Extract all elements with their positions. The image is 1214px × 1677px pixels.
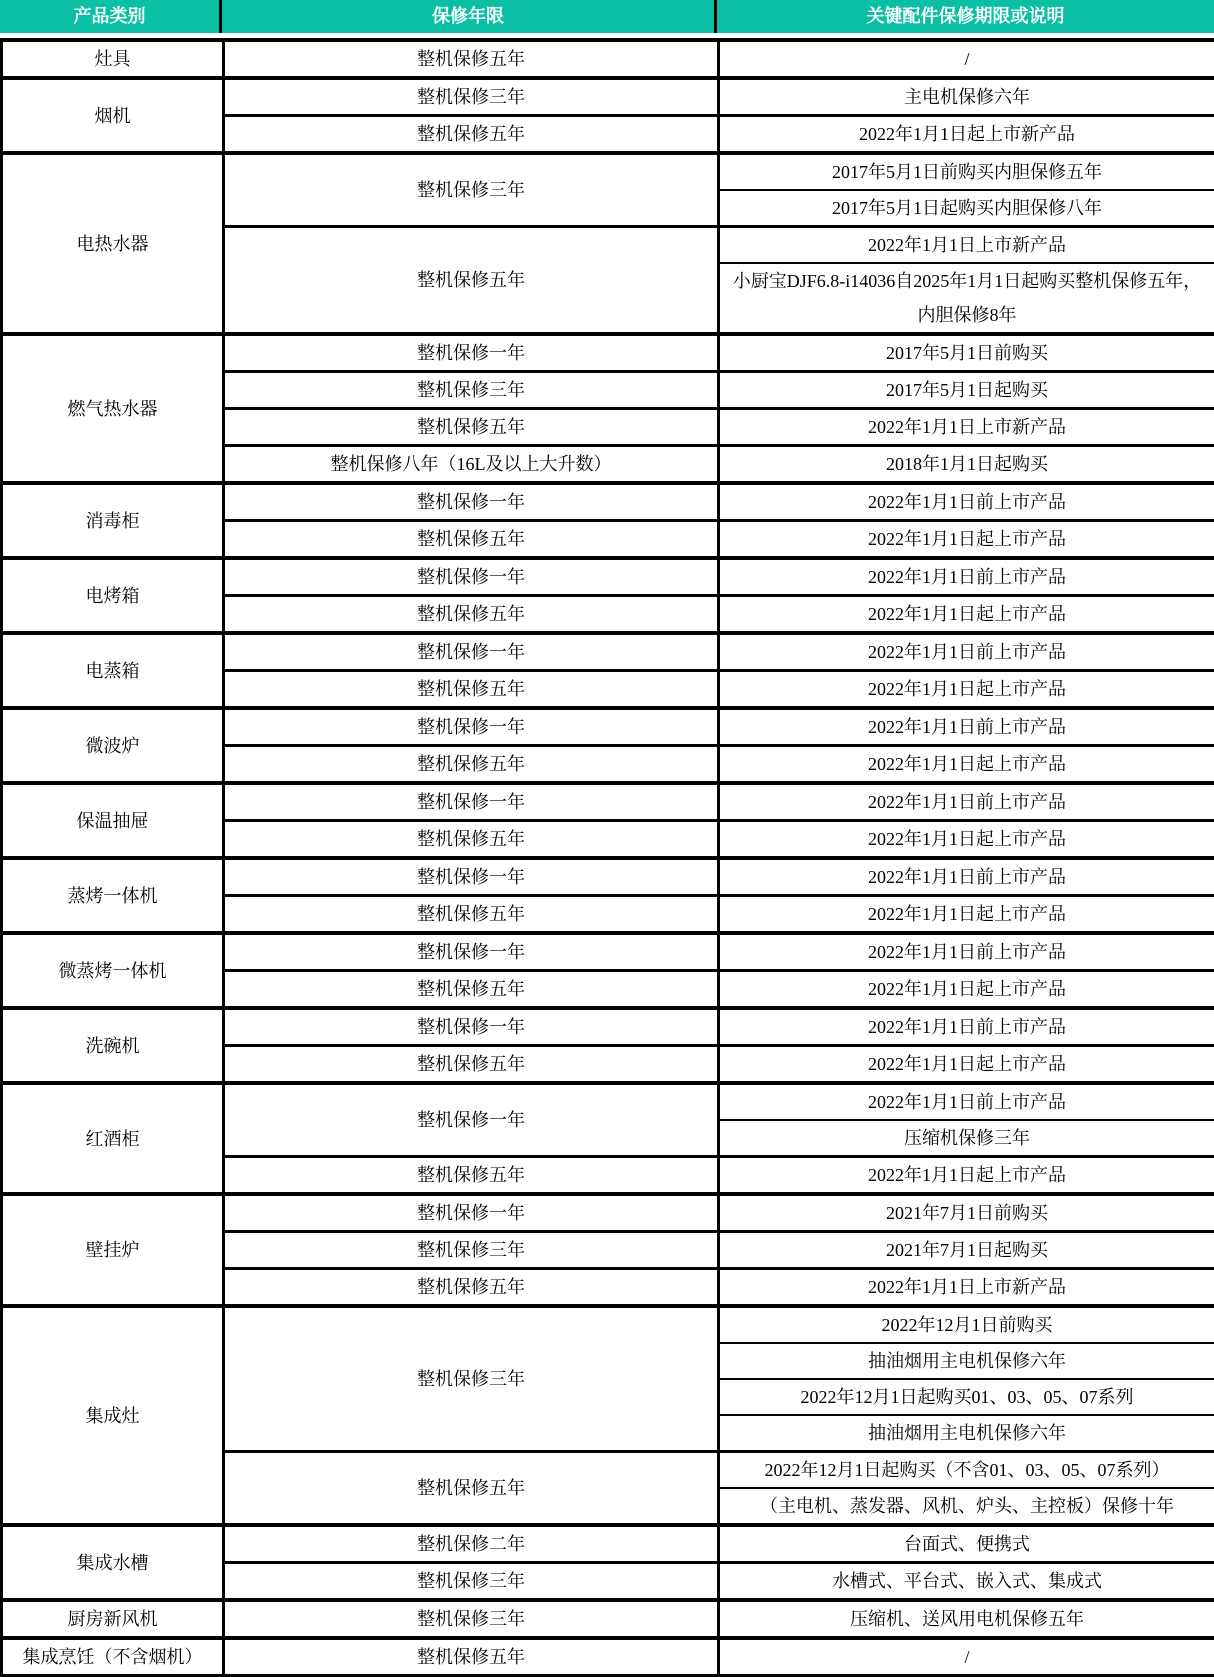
note-cell: 2022年1月1日起上市产品 <box>719 821 1214 859</box>
category-cell: 灶具 <box>2 40 224 78</box>
warranty-cell: 整机保修五年 <box>224 821 719 859</box>
category-cell: 微波炉 <box>2 708 224 783</box>
note-cell: 2022年1月1日前上市产品 <box>719 708 1214 746</box>
table-row: 电热水器整机保修三年2017年5月1日前购买内胆保修五年 <box>2 153 1214 190</box>
note-cell: 主电机保修六年 <box>719 78 1214 116</box>
warranty-cell: 整机保修五年 <box>224 40 719 78</box>
table-row: 厨房新风机整机保修三年压缩机、送风用电机保修五年 <box>2 1600 1214 1638</box>
warranty-cell: 整机保修五年 <box>224 116 719 154</box>
note-cell: 2021年7月1日前购买 <box>719 1194 1214 1232</box>
warranty-cell: 整机保修八年（16L及以上大升数） <box>224 446 719 484</box>
note-cell: 2017年5月1日前购买内胆保修五年 <box>719 153 1214 190</box>
header-cell-notes: 关键配件保修期限或说明 <box>717 0 1214 33</box>
table-row: 集成烹饪（不含烟机）整机保修五年/ <box>2 1638 1214 1676</box>
note-cell: 压缩机保修三年 <box>719 1120 1214 1157</box>
note-cell: 2022年1月1日上市新产品 <box>719 1269 1214 1307</box>
note-cell: 2022年1月1日起上市产品 <box>719 671 1214 709</box>
note-cell: 2022年1月1日前上市产品 <box>719 633 1214 671</box>
warranty-cell: 整机保修一年 <box>224 1008 719 1046</box>
warranty-cell: 整机保修五年 <box>224 671 719 709</box>
warranty-page: 产品类别 保修年限 关键配件保修期限或说明 灶具整机保修五年/烟机整机保修三年主… <box>0 0 1214 1677</box>
category-cell: 电蒸箱 <box>2 633 224 708</box>
note-cell: 2022年1月1日起上市产品 <box>719 1046 1214 1084</box>
warranty-cell: 整机保修五年 <box>224 896 719 934</box>
table-row: 烟机整机保修三年主电机保修六年 <box>2 78 1214 116</box>
warranty-table: 灶具整机保修五年/烟机整机保修三年主电机保修六年整机保修五年2022年1月1日起… <box>0 38 1214 1677</box>
warranty-cell: 整机保修一年 <box>224 1194 719 1232</box>
category-cell: 蒸烤一体机 <box>2 858 224 933</box>
note-cell: 2022年1月1日上市新产品 <box>719 227 1214 264</box>
table-row: 集成灶整机保修三年2022年12月1日前购买 <box>2 1306 1214 1343</box>
category-cell: 消毒柜 <box>2 483 224 558</box>
category-cell: 保温抽屉 <box>2 783 224 858</box>
warranty-cell: 整机保修一年 <box>224 558 719 596</box>
category-cell: 烟机 <box>2 78 224 153</box>
note-cell: 2017年5月1日起购买内胆保修八年 <box>719 190 1214 227</box>
note-cell: 2017年5月1日前购买 <box>719 334 1214 372</box>
note-cell: 2022年1月1日前上市产品 <box>719 483 1214 521</box>
table-row: 消毒柜整机保修一年2022年1月1日前上市产品 <box>2 483 1214 521</box>
category-cell: 红酒柜 <box>2 1083 224 1194</box>
category-cell: 洗碗机 <box>2 1008 224 1083</box>
note-cell: 台面式、便携式 <box>719 1525 1214 1563</box>
note-cell: 2022年12月1日起购买（不含01、03、05、07系列） <box>719 1452 1214 1489</box>
category-cell: 电热水器 <box>2 153 224 334</box>
warranty-cell: 整机保修五年 <box>224 1046 719 1084</box>
note-cell: 2022年1月1日前上市产品 <box>719 783 1214 821</box>
table-row: 保温抽屉整机保修一年2022年1月1日前上市产品 <box>2 783 1214 821</box>
warranty-cell: 整机保修五年 <box>224 521 719 559</box>
warranty-cell: 整机保修一年 <box>224 933 719 971</box>
note-cell: 2022年1月1日前上市产品 <box>719 858 1214 896</box>
note-cell: （主电机、蒸发器、风机、炉头、主控板）保修十年 <box>719 1488 1214 1525</box>
warranty-cell: 整机保修五年 <box>224 1638 719 1676</box>
warranty-cell: 整机保修三年 <box>224 1563 719 1601</box>
warranty-cell: 整机保修一年 <box>224 1083 719 1157</box>
category-cell: 燃气热水器 <box>2 334 224 483</box>
note-cell: 抽油烟用主电机保修六年 <box>719 1343 1214 1379</box>
warranty-cell: 整机保修一年 <box>224 633 719 671</box>
warranty-table-body: 灶具整机保修五年/烟机整机保修三年主电机保修六年整机保修五年2022年1月1日起… <box>2 40 1214 1676</box>
warranty-cell: 整机保修五年 <box>224 596 719 634</box>
note-cell: 2022年1月1日起上市产品 <box>719 521 1214 559</box>
table-row: 红酒柜整机保修一年2022年1月1日前上市产品 <box>2 1083 1214 1120</box>
note-cell: 2022年1月1日上市新产品 <box>719 409 1214 446</box>
warranty-cell: 整机保修五年 <box>224 1452 719 1526</box>
note-cell: 2021年7月1日起购买 <box>719 1232 1214 1269</box>
table-row: 微波炉整机保修一年2022年1月1日前上市产品 <box>2 708 1214 746</box>
note-cell: 2018年1月1日起购买 <box>719 446 1214 484</box>
note-cell: 2022年1月1日起上市产品 <box>719 971 1214 1009</box>
warranty-cell: 整机保修五年 <box>224 746 719 784</box>
warranty-cell: 整机保修五年 <box>224 409 719 446</box>
table-row: 蒸烤一体机整机保修一年2022年1月1日前上市产品 <box>2 858 1214 896</box>
warranty-cell: 整机保修五年 <box>224 227 719 335</box>
table-row: 电烤箱整机保修一年2022年1月1日前上市产品 <box>2 558 1214 596</box>
header-cell-warranty: 保修年限 <box>222 0 717 33</box>
category-cell: 集成烹饪（不含烟机） <box>2 1638 224 1676</box>
category-cell: 集成灶 <box>2 1306 224 1525</box>
note-cell: / <box>719 1638 1214 1676</box>
category-cell: 电烤箱 <box>2 558 224 633</box>
warranty-cell: 整机保修三年 <box>224 372 719 409</box>
warranty-cell: 整机保修五年 <box>224 1269 719 1307</box>
category-cell: 集成水槽 <box>2 1525 224 1600</box>
note-cell: 2022年1月1日起上市产品 <box>719 896 1214 934</box>
warranty-cell: 整机保修一年 <box>224 783 719 821</box>
note-cell: 抽油烟用主电机保修六年 <box>719 1415 1214 1452</box>
note-cell: 2022年12月1日起购买01、03、05、07系列 <box>719 1379 1214 1415</box>
note-cell: 水槽式、平台式、嵌入式、集成式 <box>719 1563 1214 1601</box>
warranty-cell: 整机保修五年 <box>224 971 719 1009</box>
header-cell-category: 产品类别 <box>0 0 222 33</box>
warranty-cell: 整机保修一年 <box>224 858 719 896</box>
warranty-cell: 整机保修三年 <box>224 153 719 227</box>
note-cell: 2022年1月1日起上市产品 <box>719 1157 1214 1195</box>
warranty-cell: 整机保修三年 <box>224 78 719 116</box>
note-cell: 2022年1月1日起上市新产品 <box>719 116 1214 154</box>
table-row: 灶具整机保修五年/ <box>2 40 1214 78</box>
note-cell: 压缩机、送风用电机保修五年 <box>719 1600 1214 1638</box>
note-cell: 2022年1月1日前上市产品 <box>719 933 1214 971</box>
warranty-cell: 整机保修五年 <box>224 1157 719 1195</box>
category-cell: 微蒸烤一体机 <box>2 933 224 1008</box>
warranty-cell: 整机保修一年 <box>224 708 719 746</box>
table-row: 集成水槽整机保修二年台面式、便携式 <box>2 1525 1214 1563</box>
note-cell: 2022年1月1日起上市产品 <box>719 746 1214 784</box>
table-row: 洗碗机整机保修一年2022年1月1日前上市产品 <box>2 1008 1214 1046</box>
warranty-cell: 整机保修一年 <box>224 483 719 521</box>
warranty-cell: 整机保修二年 <box>224 1525 719 1563</box>
table-row: 燃气热水器整机保修一年2017年5月1日前购买 <box>2 334 1214 372</box>
category-cell: 厨房新风机 <box>2 1600 224 1638</box>
note-cell: 2022年1月1日起上市产品 <box>719 596 1214 634</box>
warranty-cell: 整机保修三年 <box>224 1600 719 1638</box>
note-cell: 小厨宝DJF6.8-i14036自2025年1月1日起购买整机保修五年，内胆保修… <box>719 263 1214 334</box>
table-row: 壁挂炉整机保修一年2021年7月1日前购买 <box>2 1194 1214 1232</box>
table-row: 微蒸烤一体机整机保修一年2022年1月1日前上市产品 <box>2 933 1214 971</box>
note-cell: 2022年12月1日前购买 <box>719 1306 1214 1343</box>
note-cell: 2017年5月1日起购买 <box>719 372 1214 409</box>
note-cell: 2022年1月1日前上市产品 <box>719 1008 1214 1046</box>
note-cell: / <box>719 40 1214 78</box>
warranty-cell: 整机保修三年 <box>224 1306 719 1452</box>
table-header: 产品类别 保修年限 关键配件保修期限或说明 <box>0 0 1214 33</box>
warranty-cell: 整机保修三年 <box>224 1232 719 1269</box>
note-cell: 2022年1月1日前上市产品 <box>719 558 1214 596</box>
table-row: 电蒸箱整机保修一年2022年1月1日前上市产品 <box>2 633 1214 671</box>
note-cell: 2022年1月1日前上市产品 <box>719 1083 1214 1120</box>
category-cell: 壁挂炉 <box>2 1194 224 1306</box>
warranty-cell: 整机保修一年 <box>224 334 719 372</box>
